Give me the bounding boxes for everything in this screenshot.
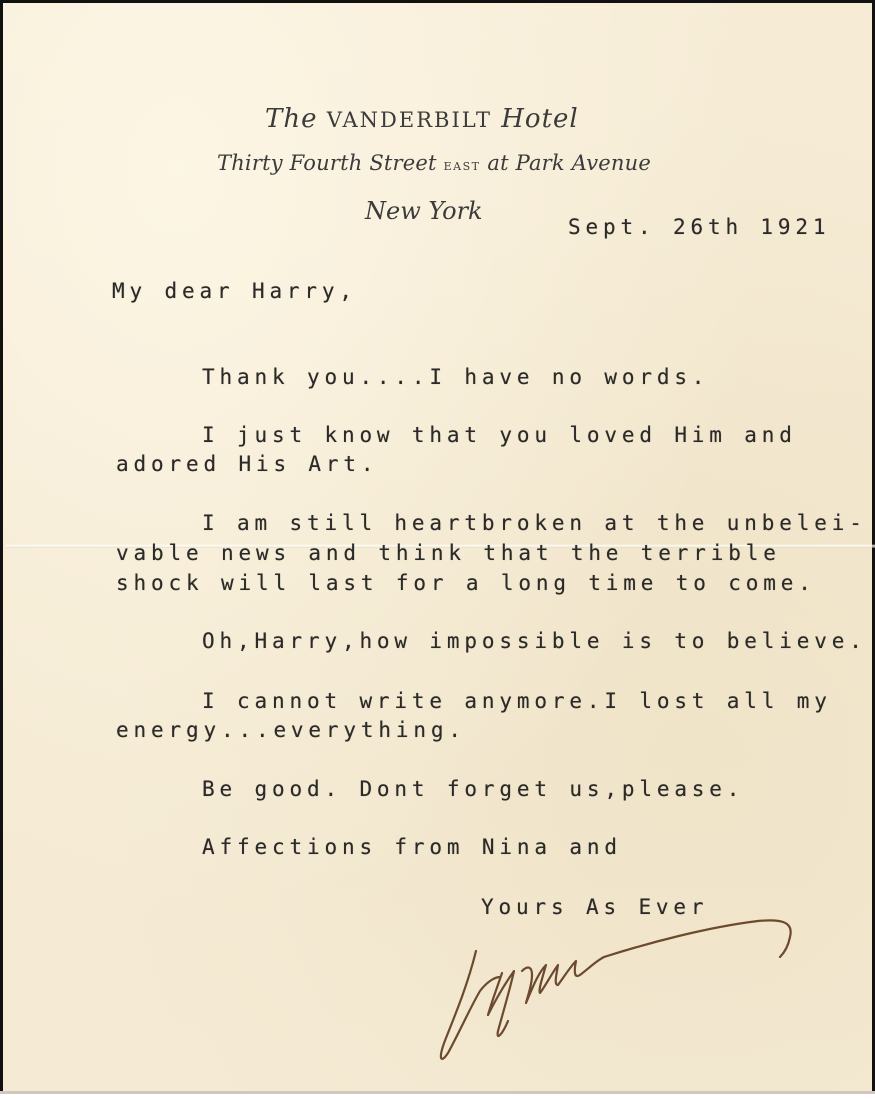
letterhead-title-name: VANDERBILT [327, 108, 492, 132]
paragraph-2-line-2: adored His Art. [116, 452, 378, 476]
letterhead-city: New York [365, 197, 483, 225]
letterhead-title-prefix: The [265, 104, 317, 134]
paragraph-5-line-2: energy...everything. [116, 718, 466, 742]
letterhead-address: Thirty Fourth Street EAST at Park Avenue [217, 151, 651, 175]
paragraph-3-line-3: shock will last for a long time to come. [116, 571, 816, 595]
paragraph-3-line-1: I am still heartbroken at the unbelei- [202, 511, 867, 535]
paragraph-1-line-1: Thank you....I have no words. [202, 365, 709, 389]
paragraph-5-line-1: I cannot write anymore.I lost all my [202, 689, 832, 713]
letterhead-address-street: Thirty Fourth Street [217, 151, 437, 175]
letter-date: Sept. 26th 1921 [568, 215, 830, 239]
letterhead-address-avenue: at Park Avenue [487, 151, 651, 175]
paragraph-3-line-2: vable news and think that the terrible [116, 541, 781, 565]
letter-sheet: The VANDERBILT Hotel Thirty Fourth Stree… [0, 0, 875, 1094]
handwritten-signature-icon [428, 913, 808, 1073]
letter-salutation: My dear Harry, [112, 279, 357, 303]
letterhead-title-suffix: Hotel [501, 104, 578, 134]
paragraph-2-line-1: I just know that you loved Him and [202, 423, 797, 447]
paragraph-4-line-1: Oh,Harry,how impossible is to believe. [202, 629, 867, 653]
sheet-bottom-edge [0, 1091, 875, 1094]
letterhead-address-east: EAST [444, 160, 481, 173]
paragraph-6-line-1: Be good. Dont forget us,please. [202, 777, 744, 801]
paragraph-7-line-1: Affections from Nina and [202, 835, 622, 859]
letterhead-title: The VANDERBILT Hotel [265, 104, 579, 134]
